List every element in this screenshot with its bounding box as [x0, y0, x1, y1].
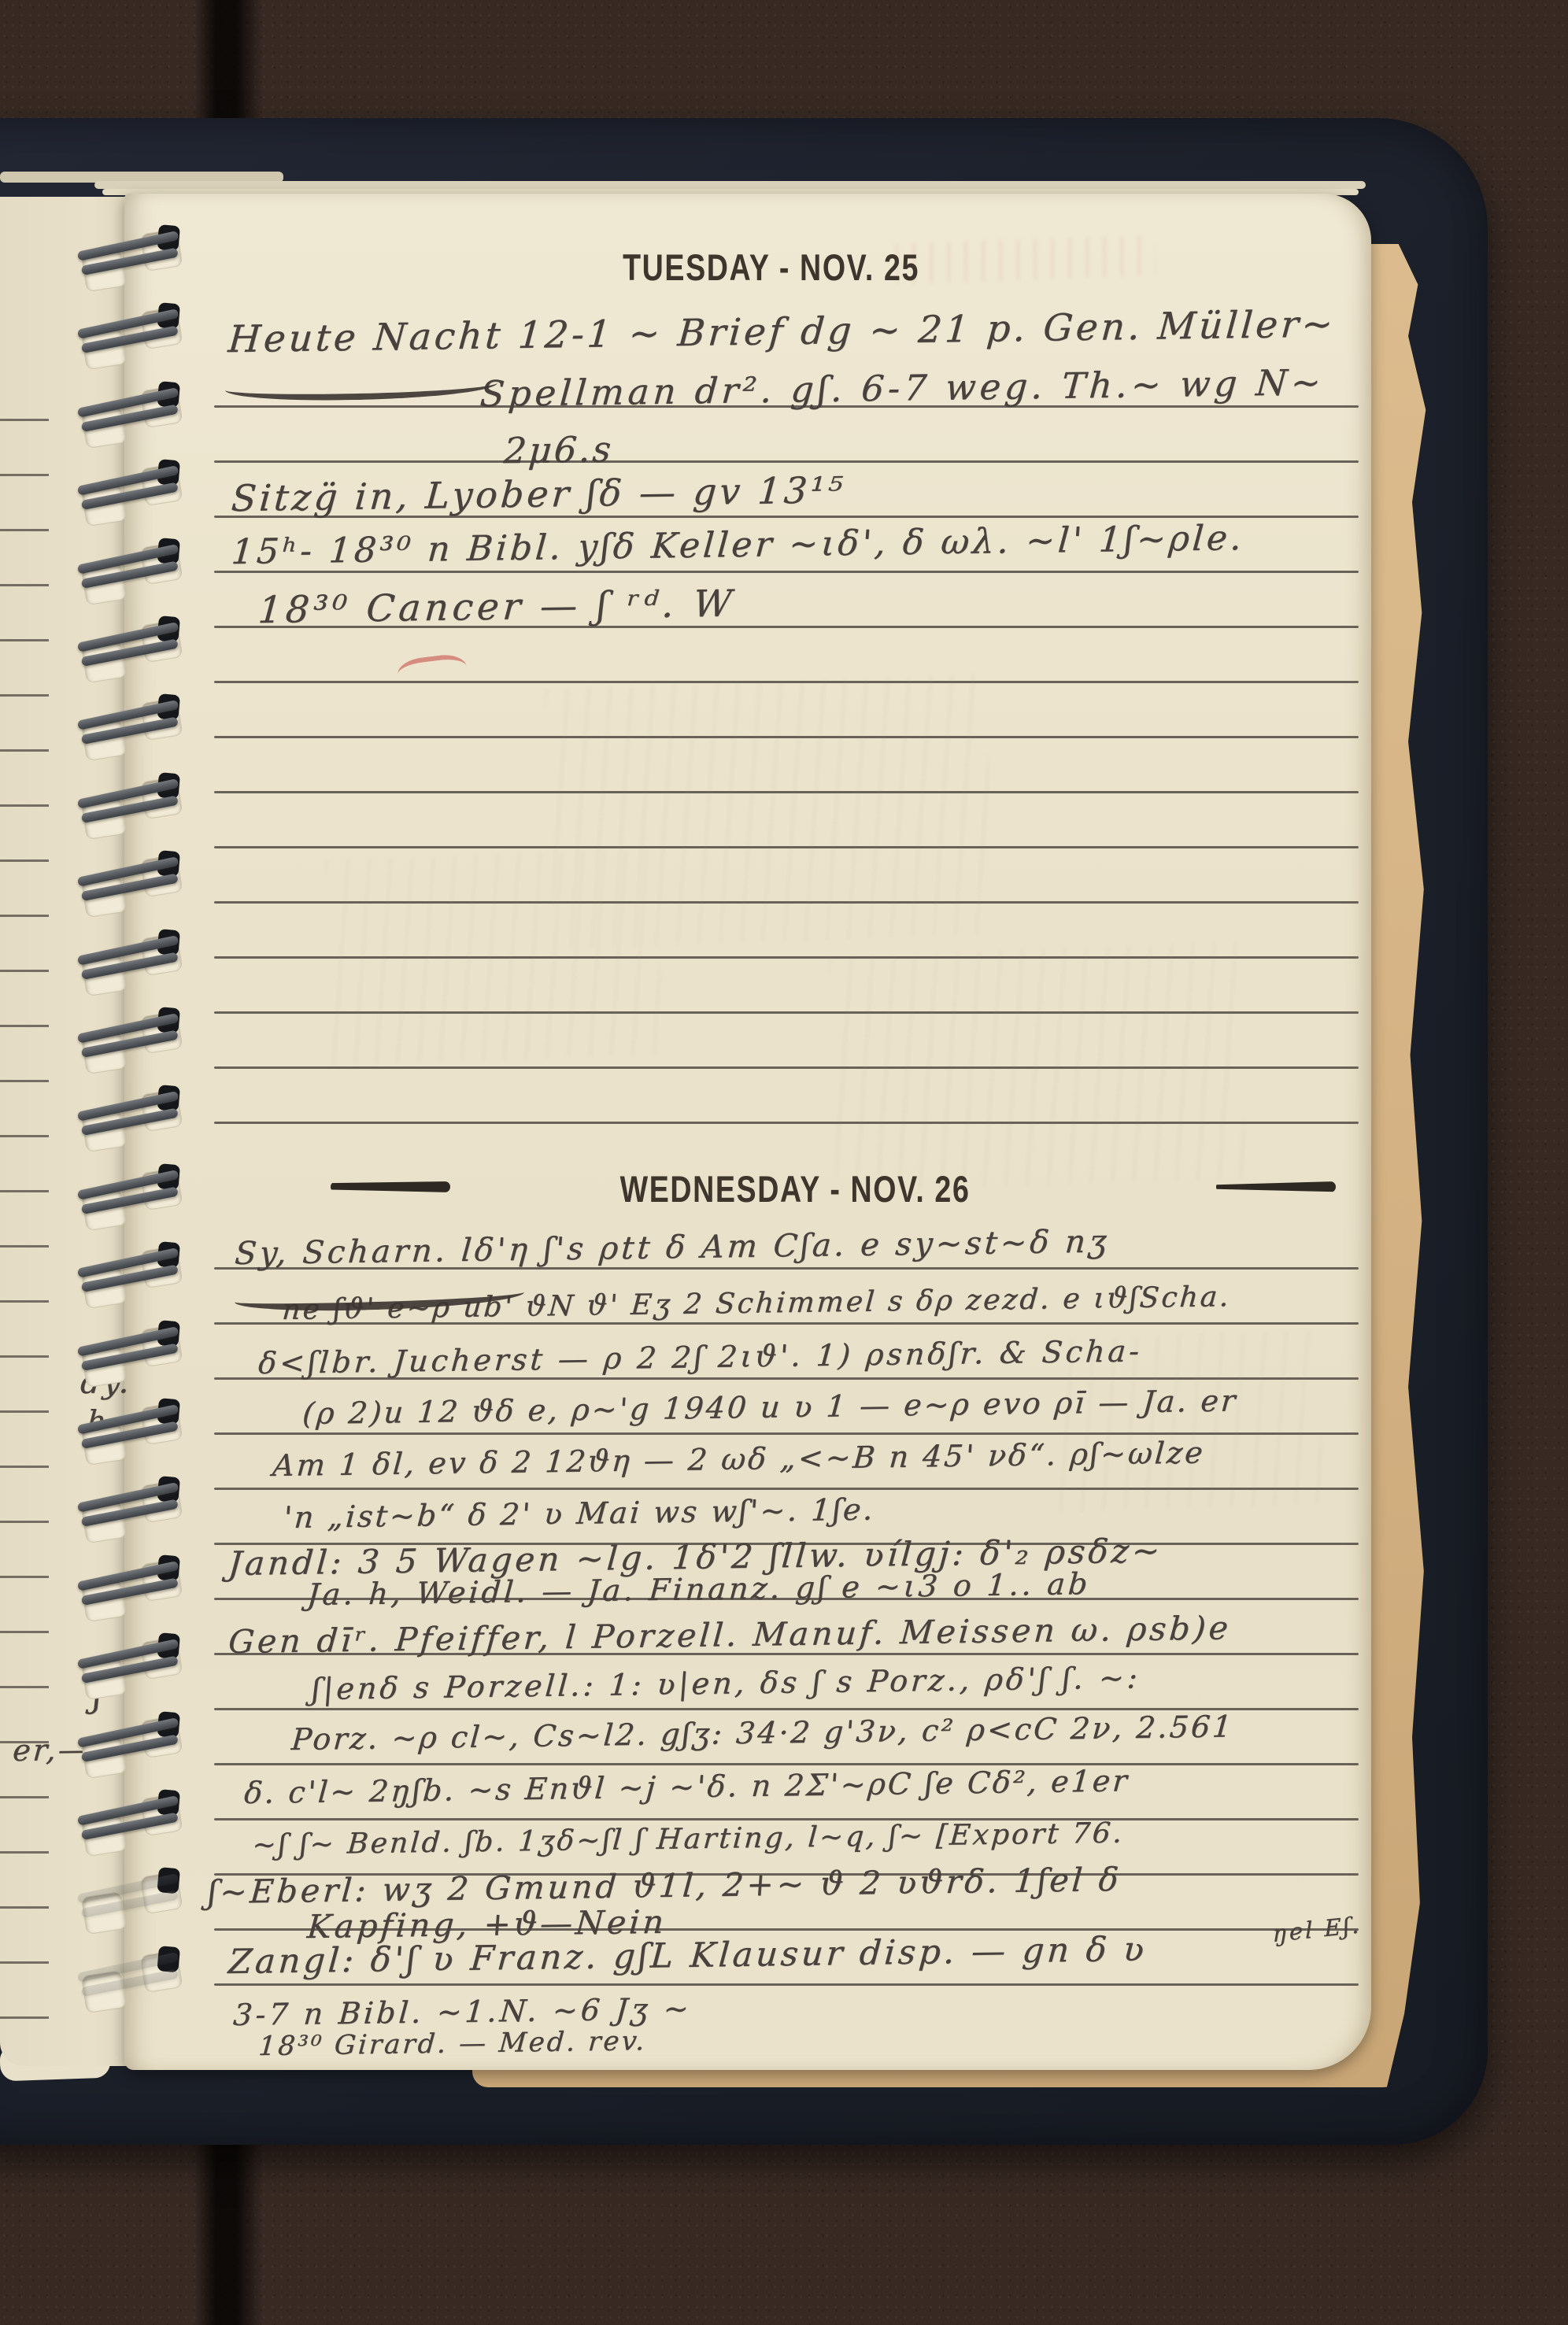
printed-day-header-tuesday: TUESDAY - NOV. 25 — [124, 246, 1371, 289]
handwriting-line: 18³⁰ Cancer — ʃ ʳᵈ. W — [257, 582, 737, 633]
ruled-line-stub — [0, 1355, 49, 1358]
ruled-line — [214, 571, 1359, 573]
ruled-line-stub — [0, 639, 49, 641]
ruled-line-stub — [0, 1410, 49, 1413]
handwriting-line: ʃ|enδ s Porzell.: 1: ʋ|en, δs ʃ s Porz.,… — [311, 1660, 1142, 1706]
ruled-line-stub — [0, 1796, 49, 1798]
ruled-line — [214, 1763, 1359, 1765]
ruled-line-stub — [0, 1080, 49, 1082]
ruled-line-stub — [0, 915, 49, 917]
ruled-line-stub — [0, 804, 49, 807]
ruled-line-stub — [0, 1631, 49, 1633]
printed-day-header-wednesday: WEDNESDAY - NOV. 26 — [124, 1167, 1371, 1211]
ruled-line-stub — [0, 694, 49, 697]
page-stack-edge — [94, 181, 1366, 189]
ruled-line — [214, 1818, 1359, 1820]
ruled-line-stub — [0, 584, 49, 586]
handwriting-line: Heute Nacht 12-1 ~ Brief dg ~ 21 p. Gen.… — [227, 302, 1337, 361]
handwriting-line: ŋel Eʃ. — [1272, 1911, 1362, 1947]
ink-showthrough — [829, 942, 1246, 1192]
handwriting-line: 2μ6.s — [502, 428, 615, 471]
ruled-line-stub — [0, 529, 49, 531]
ruled-line-stub — [0, 1300, 49, 1303]
handwriting-line: Sitzg̈ in, Lyober ʃδ — gv 13¹⁵ — [230, 468, 847, 519]
handwriting-line: Sy, Scharn. lδ'η ʃ's ρtt δ Am Cʃa. e sy~… — [234, 1223, 1111, 1272]
ruled-line-stub — [0, 1906, 49, 1909]
ruled-line-stub — [0, 419, 49, 421]
ruled-line-stub — [0, 1245, 49, 1248]
ruled-line-stub — [0, 1466, 49, 1468]
ruled-line-stub — [0, 1576, 49, 1578]
photo-of-diary: TUESDAY - NOV. 25 WEDNESDAY - NOV. 26 He… — [0, 0, 1568, 2325]
ruled-line-stub — [0, 970, 49, 972]
handwriting-line: 15ʰ- 18³⁰ n Bibl. yʃδ Keller ~ιδ', δ ωλ.… — [230, 518, 1246, 572]
ruled-line-stub — [0, 1851, 49, 1854]
ruled-line-stub — [0, 1521, 49, 1523]
handwriting-line: 'n „ist~b“ δ 2' ʋ Mai ws wʃ'~. 1ʃe. — [283, 1492, 877, 1536]
handwriting-line: Porz. ~ρ cl~, Cs~l2. gʃʒ: 34·2 g'3ν, c² … — [290, 1709, 1235, 1757]
ruled-line — [214, 460, 1359, 463]
diary-page: TUESDAY - NOV. 25 WEDNESDAY - NOV. 26 He… — [124, 194, 1371, 2070]
ruled-line-stub — [0, 1961, 49, 1964]
ruled-line-stub — [0, 749, 49, 752]
handwriting-line: 18³⁰ Girard. — Med. rev. — [257, 2025, 648, 2062]
ruled-line-stub — [0, 2016, 49, 2019]
ruled-line-stub — [0, 474, 49, 476]
ruled-line — [214, 1983, 1359, 1986]
red-pencil-mark — [396, 652, 468, 689]
ruled-line-stub — [0, 1135, 49, 1137]
ruled-line-stub — [0, 1190, 49, 1192]
printed-day-header-tuesday-label: TUESDAY - NOV. 25 — [623, 246, 920, 289]
ruled-line-stub — [0, 1025, 49, 1027]
ink-underline-flourish — [225, 371, 498, 402]
handwriting-line: δ<ʃlbr. Jucherst — ρ 2 2ʃ 2ιϑ'. 1) ρsnδʃ… — [257, 1333, 1144, 1381]
ruled-line-stub — [0, 859, 49, 862]
handwriting-line: δ. c'l~ 2ŋʃb. ~s Enϑl ~j ~'δ. n 2Σ'~ρC ʃ… — [243, 1763, 1130, 1810]
printed-day-header-wednesday-label: WEDNESDAY - NOV. 26 — [620, 1167, 971, 1211]
handwriting-line: ~ʃ ʃ~ Benld. ʃb. 1ʒδ~ʃl ʃ Harting, l~q, … — [251, 1817, 1126, 1862]
ruled-line-stub — [0, 1686, 49, 1688]
ink-showthrough — [326, 849, 664, 1065]
